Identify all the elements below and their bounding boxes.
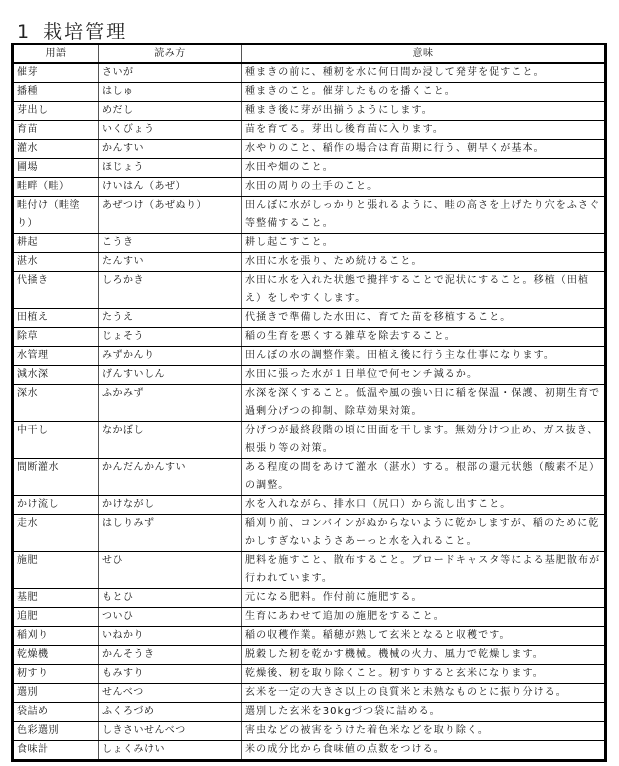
term-cell: 灌水 xyxy=(13,140,99,159)
meaning-cell: 水田に水を入れた状態で攪拌することで泥状にすること。移植（田植え）をしやすくしま… xyxy=(242,272,606,309)
table-row: 色彩選別しきさいせんべつ害虫などの被害をうけた着色米などを取り除く。 xyxy=(13,722,606,741)
meaning-cell: 分げつが最終段階の頃に田面を干します。無効分けつ止め、ガス抜き、根張り等の対策。 xyxy=(242,422,606,459)
reading-cell: はしりみず xyxy=(99,515,242,552)
table-row: 袋詰めふくろづめ選別した玄米を30kgづつ袋に詰める。 xyxy=(13,703,606,722)
table-row: 催芽さいが種まきの前に、種籾を水に何日間か浸して発芽を促すこと。 xyxy=(13,63,606,83)
reading-cell: あぜつけ（あぜぬり） xyxy=(99,197,242,234)
meaning-cell: 元になる肥料。作付前に施肥する。 xyxy=(242,589,606,608)
term-cell: 色彩選別 xyxy=(13,722,99,741)
meaning-cell: 害虫などの被害をうけた着色米などを取り除く。 xyxy=(242,722,606,741)
meaning-cell: 稲の生育を悪くする雑草を除去すること。 xyxy=(242,328,606,347)
term-cell: 育苗 xyxy=(13,121,99,140)
section-title: 1栽培管理 xyxy=(17,17,127,44)
table-row: 代掻きしろかき水田に水を入れた状態で攪拌することで泥状にすること。移植（田植え）… xyxy=(13,272,606,309)
section-title-text: 栽培管理 xyxy=(43,21,127,43)
table-row: 耕起こうき耕し起こすこと。 xyxy=(13,234,606,253)
meaning-cell: 水田に張った水が１日単位で何センチ減るか。 xyxy=(242,366,606,385)
table-row: 灌水かんすい水やりのこと、稲作の場合は育苗期に行う、朝早くが基本。 xyxy=(13,140,606,159)
reading-cell: かけながし xyxy=(99,496,242,515)
reading-cell: しろかき xyxy=(99,272,242,309)
term-cell: 施肥 xyxy=(13,552,99,589)
term-cell: 畦畔（畦） xyxy=(13,178,99,197)
table-row: 基肥もとひ元になる肥料。作付前に施肥する。 xyxy=(13,589,606,608)
table-row: 中干しなかぼし分げつが最終段階の頃に田面を干します。無効分けつ止め、ガス抜き、根… xyxy=(13,422,606,459)
table-header-row: 用語 読み方 意味 xyxy=(13,44,606,63)
meaning-cell: 生育にあわせて追加の施肥をすること。 xyxy=(242,608,606,627)
reading-cell: みずかんり xyxy=(99,347,242,366)
meaning-cell: ある程度の間をあけて灌水（湛水）する。根部の還元状態（酸素不足）の調整。 xyxy=(242,459,606,496)
meaning-cell: 選別した玄米を30kgづつ袋に詰める。 xyxy=(242,703,606,722)
term-cell: 耕起 xyxy=(13,234,99,253)
section-number: 1 xyxy=(17,21,31,43)
table-row: 選別せんべつ玄米を一定の大きさ以上の良質米と未熟なものとに振り分ける。 xyxy=(13,684,606,703)
meaning-cell: 田んぼに水がしっかりと張れるように、畦の高さを上げたり穴をふさぐ等整備すること。 xyxy=(242,197,606,234)
reading-cell: さいが xyxy=(99,63,242,83)
meaning-cell: 水田に水を張り、ため続けること。 xyxy=(242,253,606,272)
table-row: 圃場ほじょう水田や畑のこと。 xyxy=(13,159,606,178)
table-row: 施肥せひ肥料を施すこと、散布すること。ブロードキャスタ等による基肥散布が行われて… xyxy=(13,552,606,589)
table-row: 育苗いくびょう苗を育てる。芽出し後育苗に入ります。 xyxy=(13,121,606,140)
reading-cell: かんすい xyxy=(99,140,242,159)
reading-cell: もとひ xyxy=(99,589,242,608)
table-row: 走水はしりみず稲刈り前、コンバインがぬからないように乾かしますが、稲のために乾か… xyxy=(13,515,606,552)
glossary-table: 用語 読み方 意味 催芽さいが種まきの前に、種籾を水に何日間か浸して発芽を促すこ… xyxy=(11,43,607,762)
meaning-cell: 苗を育てる。芽出し後育苗に入ります。 xyxy=(242,121,606,140)
term-cell: 追肥 xyxy=(13,608,99,627)
term-cell: 間断灌水 xyxy=(13,459,99,496)
meaning-cell: 稲の収穫作業。稲穂が熟して玄米となると収穫です。 xyxy=(242,627,606,646)
term-cell: 深水 xyxy=(13,385,99,422)
meaning-cell: 耕し起こすこと。 xyxy=(242,234,606,253)
term-cell: 食味計 xyxy=(13,741,99,761)
table-row: 播種はしゅ種まきのこと。催芽したものを播くこと。 xyxy=(13,83,606,102)
meaning-cell: 水田や畑のこと。 xyxy=(242,159,606,178)
header-term: 用語 xyxy=(13,44,99,63)
reading-cell: いくびょう xyxy=(99,121,242,140)
table-row: 芽出しめだし種まき後に芽が出揃うようにします。 xyxy=(13,102,606,121)
table-row: 間断灌水かんだんかんすいある程度の間をあけて灌水（湛水）する。根部の還元状態（酸… xyxy=(13,459,606,496)
reading-cell: しきさいせんべつ xyxy=(99,722,242,741)
term-cell: 芽出し xyxy=(13,102,99,121)
term-cell: 袋詰め xyxy=(13,703,99,722)
reading-cell: ついひ xyxy=(99,608,242,627)
header-reading: 読み方 xyxy=(99,44,242,63)
reading-cell: ふかみず xyxy=(99,385,242,422)
reading-cell: げんすいしん xyxy=(99,366,242,385)
term-cell: 田植え xyxy=(13,309,99,328)
reading-cell: ふくろづめ xyxy=(99,703,242,722)
meaning-cell: 脱穀した籾を乾かす機械。機械の火力、風力で乾燥します。 xyxy=(242,646,606,665)
table-row: 湛水たんすい水田に水を張り、ため続けること。 xyxy=(13,253,606,272)
header-meaning: 意味 xyxy=(242,44,606,63)
table-row: 減水深げんすいしん水田に張った水が１日単位で何センチ減るか。 xyxy=(13,366,606,385)
reading-cell: じょそう xyxy=(99,328,242,347)
meaning-cell: 水田の周りの土手のこと。 xyxy=(242,178,606,197)
reading-cell: せんべつ xyxy=(99,684,242,703)
reading-cell: かんそうき xyxy=(99,646,242,665)
table-row: 乾燥機かんそうき脱穀した籾を乾かす機械。機械の火力、風力で乾燥します。 xyxy=(13,646,606,665)
term-cell: 代掻き xyxy=(13,272,99,309)
meaning-cell: 水を入れながら、排水口（尻口）から流し出すこと。 xyxy=(242,496,606,515)
term-cell: 走水 xyxy=(13,515,99,552)
table-row: 深水ふかみず水深を深くすること。低温や風の強い日に稲を保温・保護、初期生育で過剰… xyxy=(13,385,606,422)
term-cell: 籾すり xyxy=(13,665,99,684)
reading-cell: しょくみけい xyxy=(99,741,242,761)
table-row: 稲刈りいねかり稲の収穫作業。稲穂が熟して玄米となると収穫です。 xyxy=(13,627,606,646)
term-cell: 基肥 xyxy=(13,589,99,608)
table-row: 畦付け（畦塗り）あぜつけ（あぜぬり）田んぼに水がしっかりと張れるように、畦の高さ… xyxy=(13,197,606,234)
meaning-cell: 種まきのこと。催芽したものを播くこと。 xyxy=(242,83,606,102)
term-cell: 減水深 xyxy=(13,366,99,385)
meaning-cell: 玄米を一定の大きさ以上の良質米と未熟なものとに振り分ける。 xyxy=(242,684,606,703)
meaning-cell: 代掻きで準備した水田に、育てた苗を移植すること。 xyxy=(242,309,606,328)
meaning-cell: 種まきの前に、種籾を水に何日間か浸して発芽を促すこと。 xyxy=(242,63,606,83)
reading-cell: たうえ xyxy=(99,309,242,328)
reading-cell: なかぼし xyxy=(99,422,242,459)
table-row: 除草じょそう稲の生育を悪くする雑草を除去すること。 xyxy=(13,328,606,347)
reading-cell: ほじょう xyxy=(99,159,242,178)
term-cell: 中干し xyxy=(13,422,99,459)
reading-cell: はしゅ xyxy=(99,83,242,102)
meaning-cell: 水深を深くすること。低温や風の強い日に稲を保温・保護、初期生育で過剰分げつの抑制… xyxy=(242,385,606,422)
term-cell: かけ流し xyxy=(13,496,99,515)
reading-cell: たんすい xyxy=(99,253,242,272)
term-cell: 除草 xyxy=(13,328,99,347)
meaning-cell: 種まき後に芽が出揃うようにします。 xyxy=(242,102,606,121)
term-cell: 水管理 xyxy=(13,347,99,366)
term-cell: 乾燥機 xyxy=(13,646,99,665)
term-cell: 播種 xyxy=(13,83,99,102)
reading-cell: せひ xyxy=(99,552,242,589)
table-row: 食味計しょくみけい米の成分比から食味値の点数をつける。 xyxy=(13,741,606,761)
term-cell: 稲刈り xyxy=(13,627,99,646)
meaning-cell: 田んぼの水の調整作業。田植え後に行う主な仕事になります。 xyxy=(242,347,606,366)
term-cell: 圃場 xyxy=(13,159,99,178)
meaning-cell: 米の成分比から食味値の点数をつける。 xyxy=(242,741,606,761)
meaning-cell: 稲刈り前、コンバインがぬからないように乾かしますが、稲のために乾かしすぎないよう… xyxy=(242,515,606,552)
reading-cell: いねかり xyxy=(99,627,242,646)
table-row: 畦畔（畦）けいはん（あぜ）水田の周りの土手のこと。 xyxy=(13,178,606,197)
table-row: かけ流しかけながし水を入れながら、排水口（尻口）から流し出すこと。 xyxy=(13,496,606,515)
reading-cell: けいはん（あぜ） xyxy=(99,178,242,197)
meaning-cell: 乾燥後、籾を取り除くこと。籾すりすると玄米になります。 xyxy=(242,665,606,684)
term-cell: 選別 xyxy=(13,684,99,703)
table-row: 籾すりもみすり乾燥後、籾を取り除くこと。籾すりすると玄米になります。 xyxy=(13,665,606,684)
meaning-cell: 肥料を施すこと、散布すること。ブロードキャスタ等による基肥散布が行われています。 xyxy=(242,552,606,589)
reading-cell: かんだんかんすい xyxy=(99,459,242,496)
term-cell: 湛水 xyxy=(13,253,99,272)
table-row: 田植えたうえ代掻きで準備した水田に、育てた苗を移植すること。 xyxy=(13,309,606,328)
term-cell: 畦付け（畦塗り） xyxy=(13,197,99,234)
meaning-cell: 水やりのこと、稲作の場合は育苗期に行う、朝早くが基本。 xyxy=(242,140,606,159)
table-row: 追肥ついひ生育にあわせて追加の施肥をすること。 xyxy=(13,608,606,627)
table-row: 水管理みずかんり田んぼの水の調整作業。田植え後に行う主な仕事になります。 xyxy=(13,347,606,366)
reading-cell: こうき xyxy=(99,234,242,253)
term-cell: 催芽 xyxy=(13,63,99,83)
reading-cell: もみすり xyxy=(99,665,242,684)
reading-cell: めだし xyxy=(99,102,242,121)
